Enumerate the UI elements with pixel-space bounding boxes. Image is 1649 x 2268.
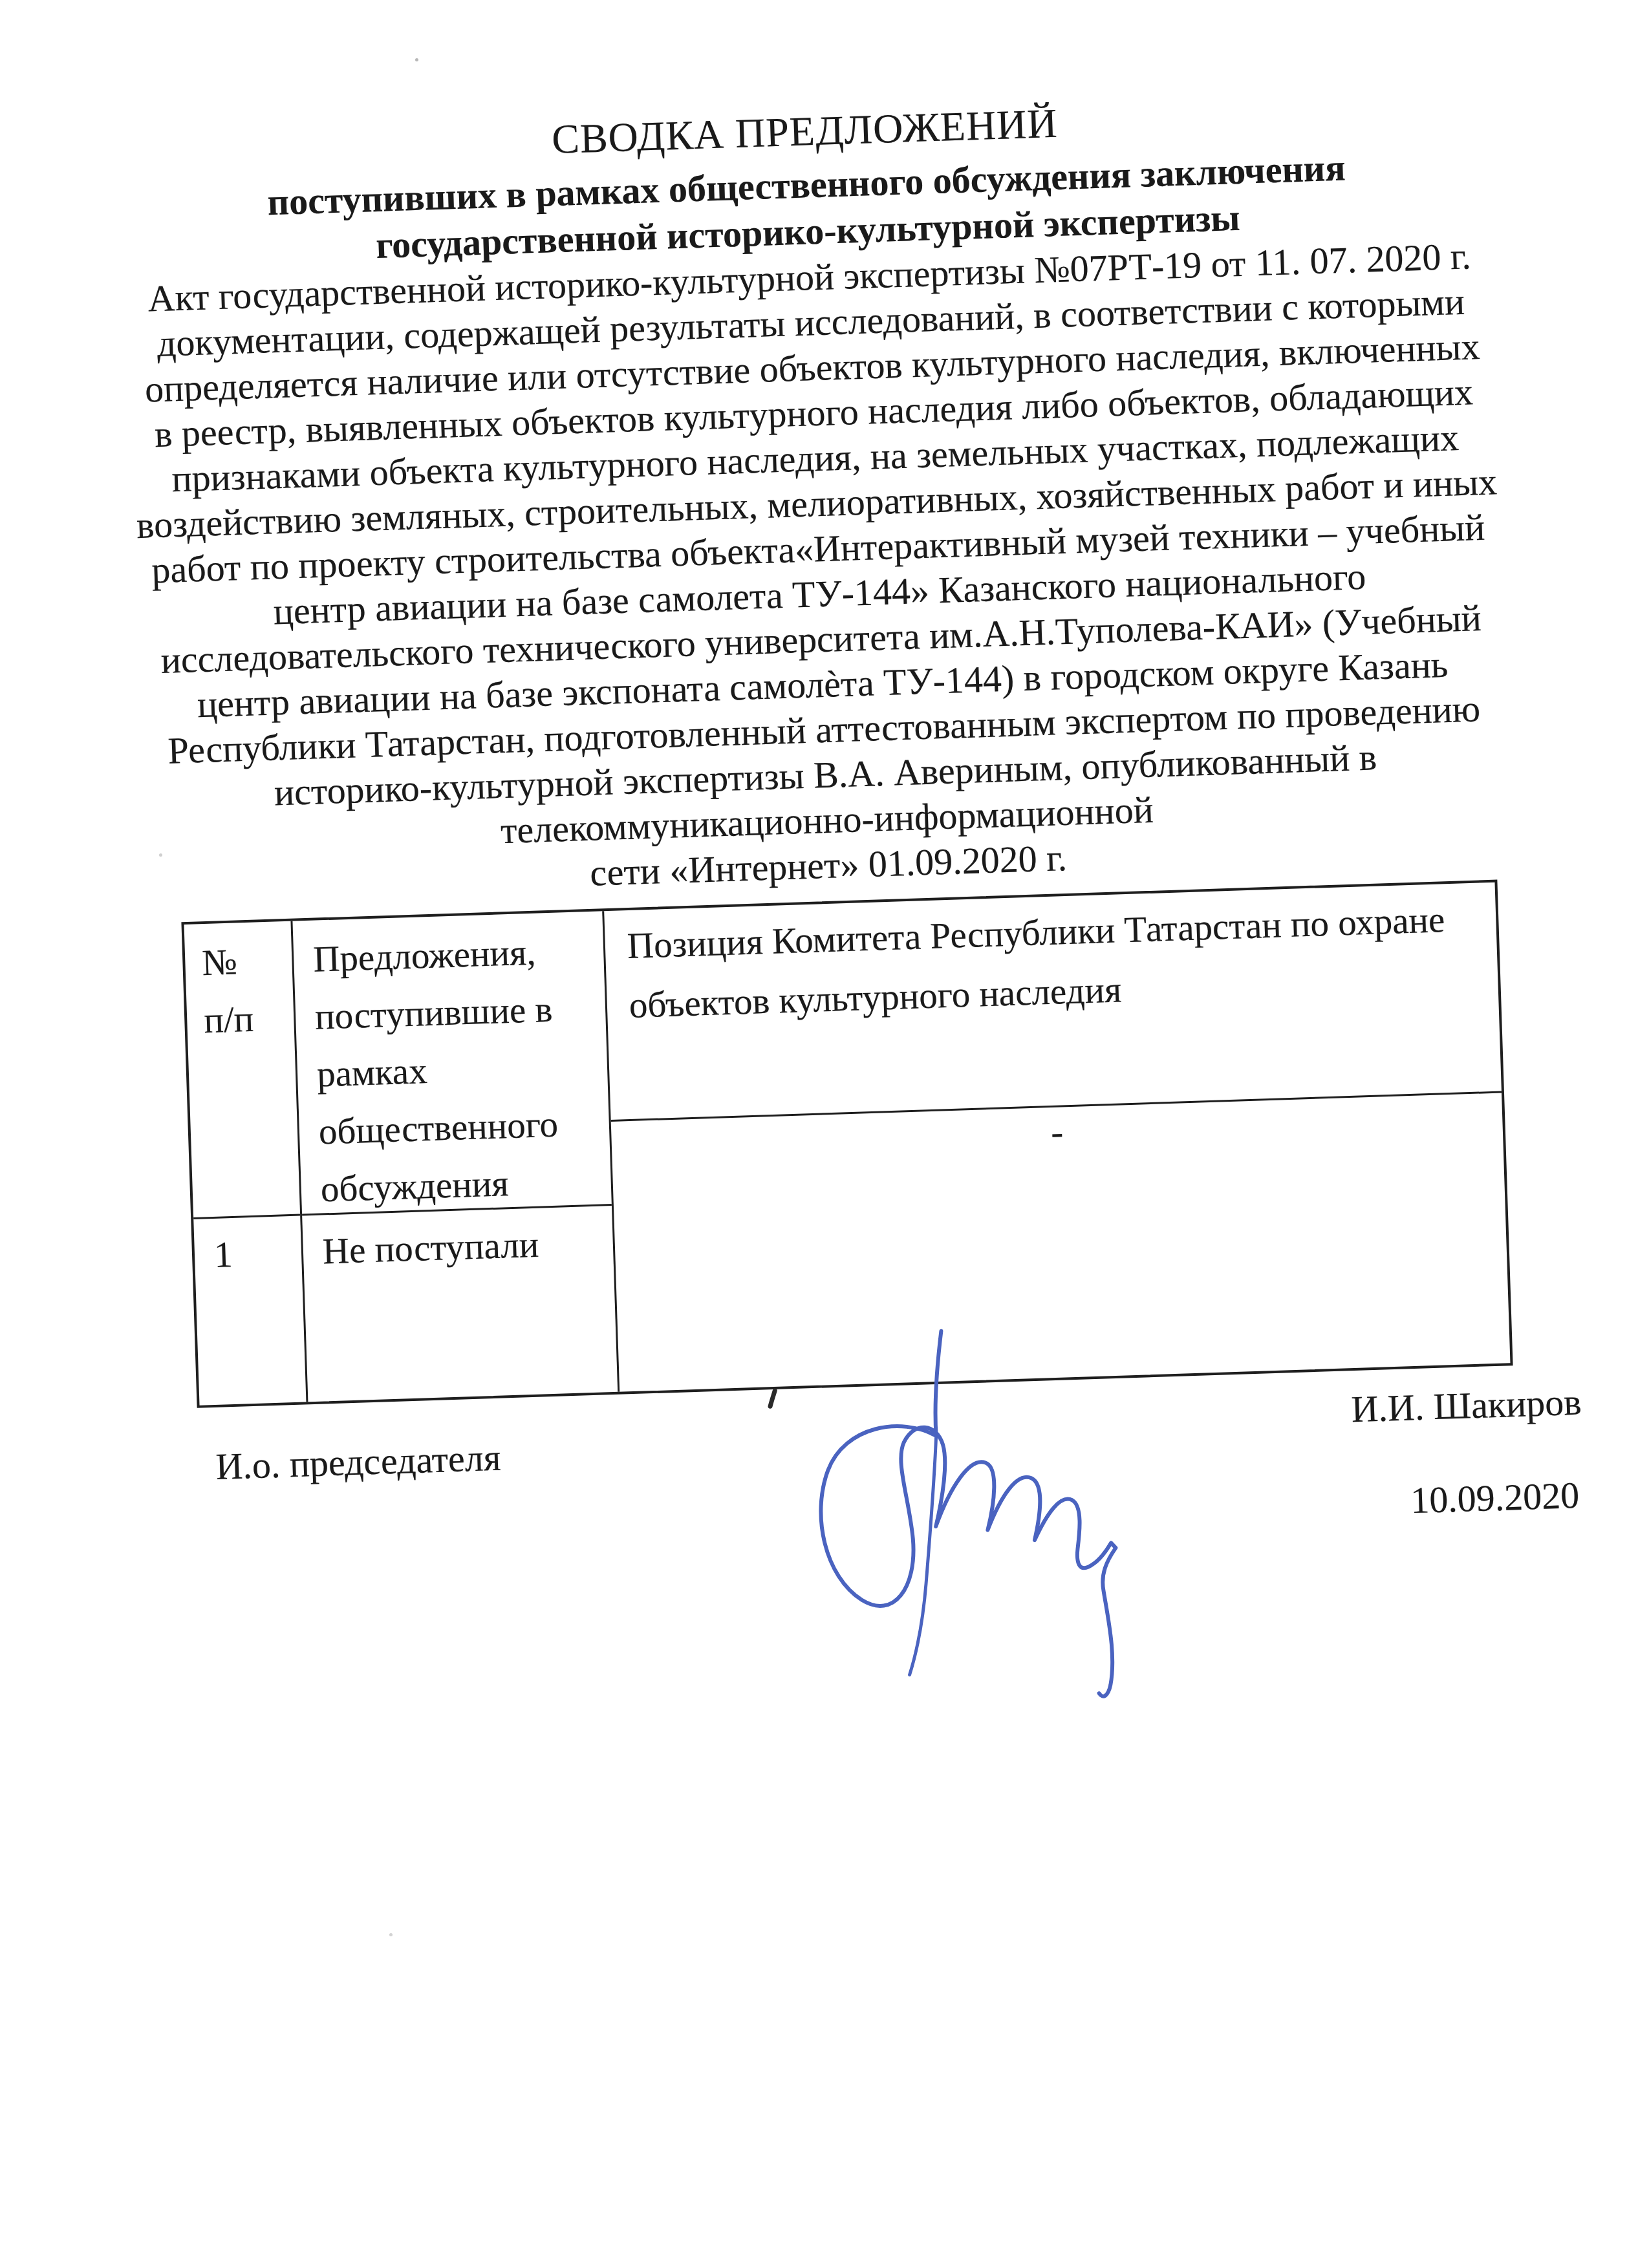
table-cell-proposal: Не поступали [302,1206,618,1402]
signature-date: 10.09.2020 [1410,1473,1580,1522]
signer-role-label: И.о. председателя [215,1436,502,1488]
scan-speck [159,853,162,857]
table-column-committee-position: Позиция Комитета Республики Татарстан по… [604,883,1510,1392]
table-column-proposals: Предложения, поступившие в рамках общест… [292,911,620,1402]
header-line: рамках [316,1036,603,1103]
table-column-number: № п/п 1 [184,921,308,1406]
header-line: п/п [203,989,295,1049]
document-body-paragraph: Акт государственной историко-культурной … [0,228,1649,915]
header-line: поступившие в [314,979,601,1045]
header-line: Предложения, [312,921,599,988]
handwritten-signature [735,1318,1161,1718]
scan-speck [415,58,418,61]
header-line: № [201,932,293,992]
signer-name: И.И. Шакиров [1350,1380,1582,1431]
scan-speck [389,1933,393,1936]
scanned-document-page: { "document": { "title": "СВОДКА ПРЕДЛОЖ… [0,0,1649,2268]
table-header-committee-position: Позиция Комитета Республики Татарстан по… [604,883,1502,1122]
table-header-number: № п/п [184,921,301,1219]
header-line: общественного [318,1094,605,1161]
document-content: СВОДКА ПРЕДЛОЖЕНИЙ поступивших в рамках … [0,0,1649,1995]
signature-block: И.о. председателя И.И. Шакиров 10.09.202… [21,1360,1649,1995]
header-line: обсуждения [319,1151,607,1215]
table-header-proposals: Предложения, поступившие в рамках общест… [292,911,611,1215]
table-cell-row-number: 1 [193,1216,306,1406]
